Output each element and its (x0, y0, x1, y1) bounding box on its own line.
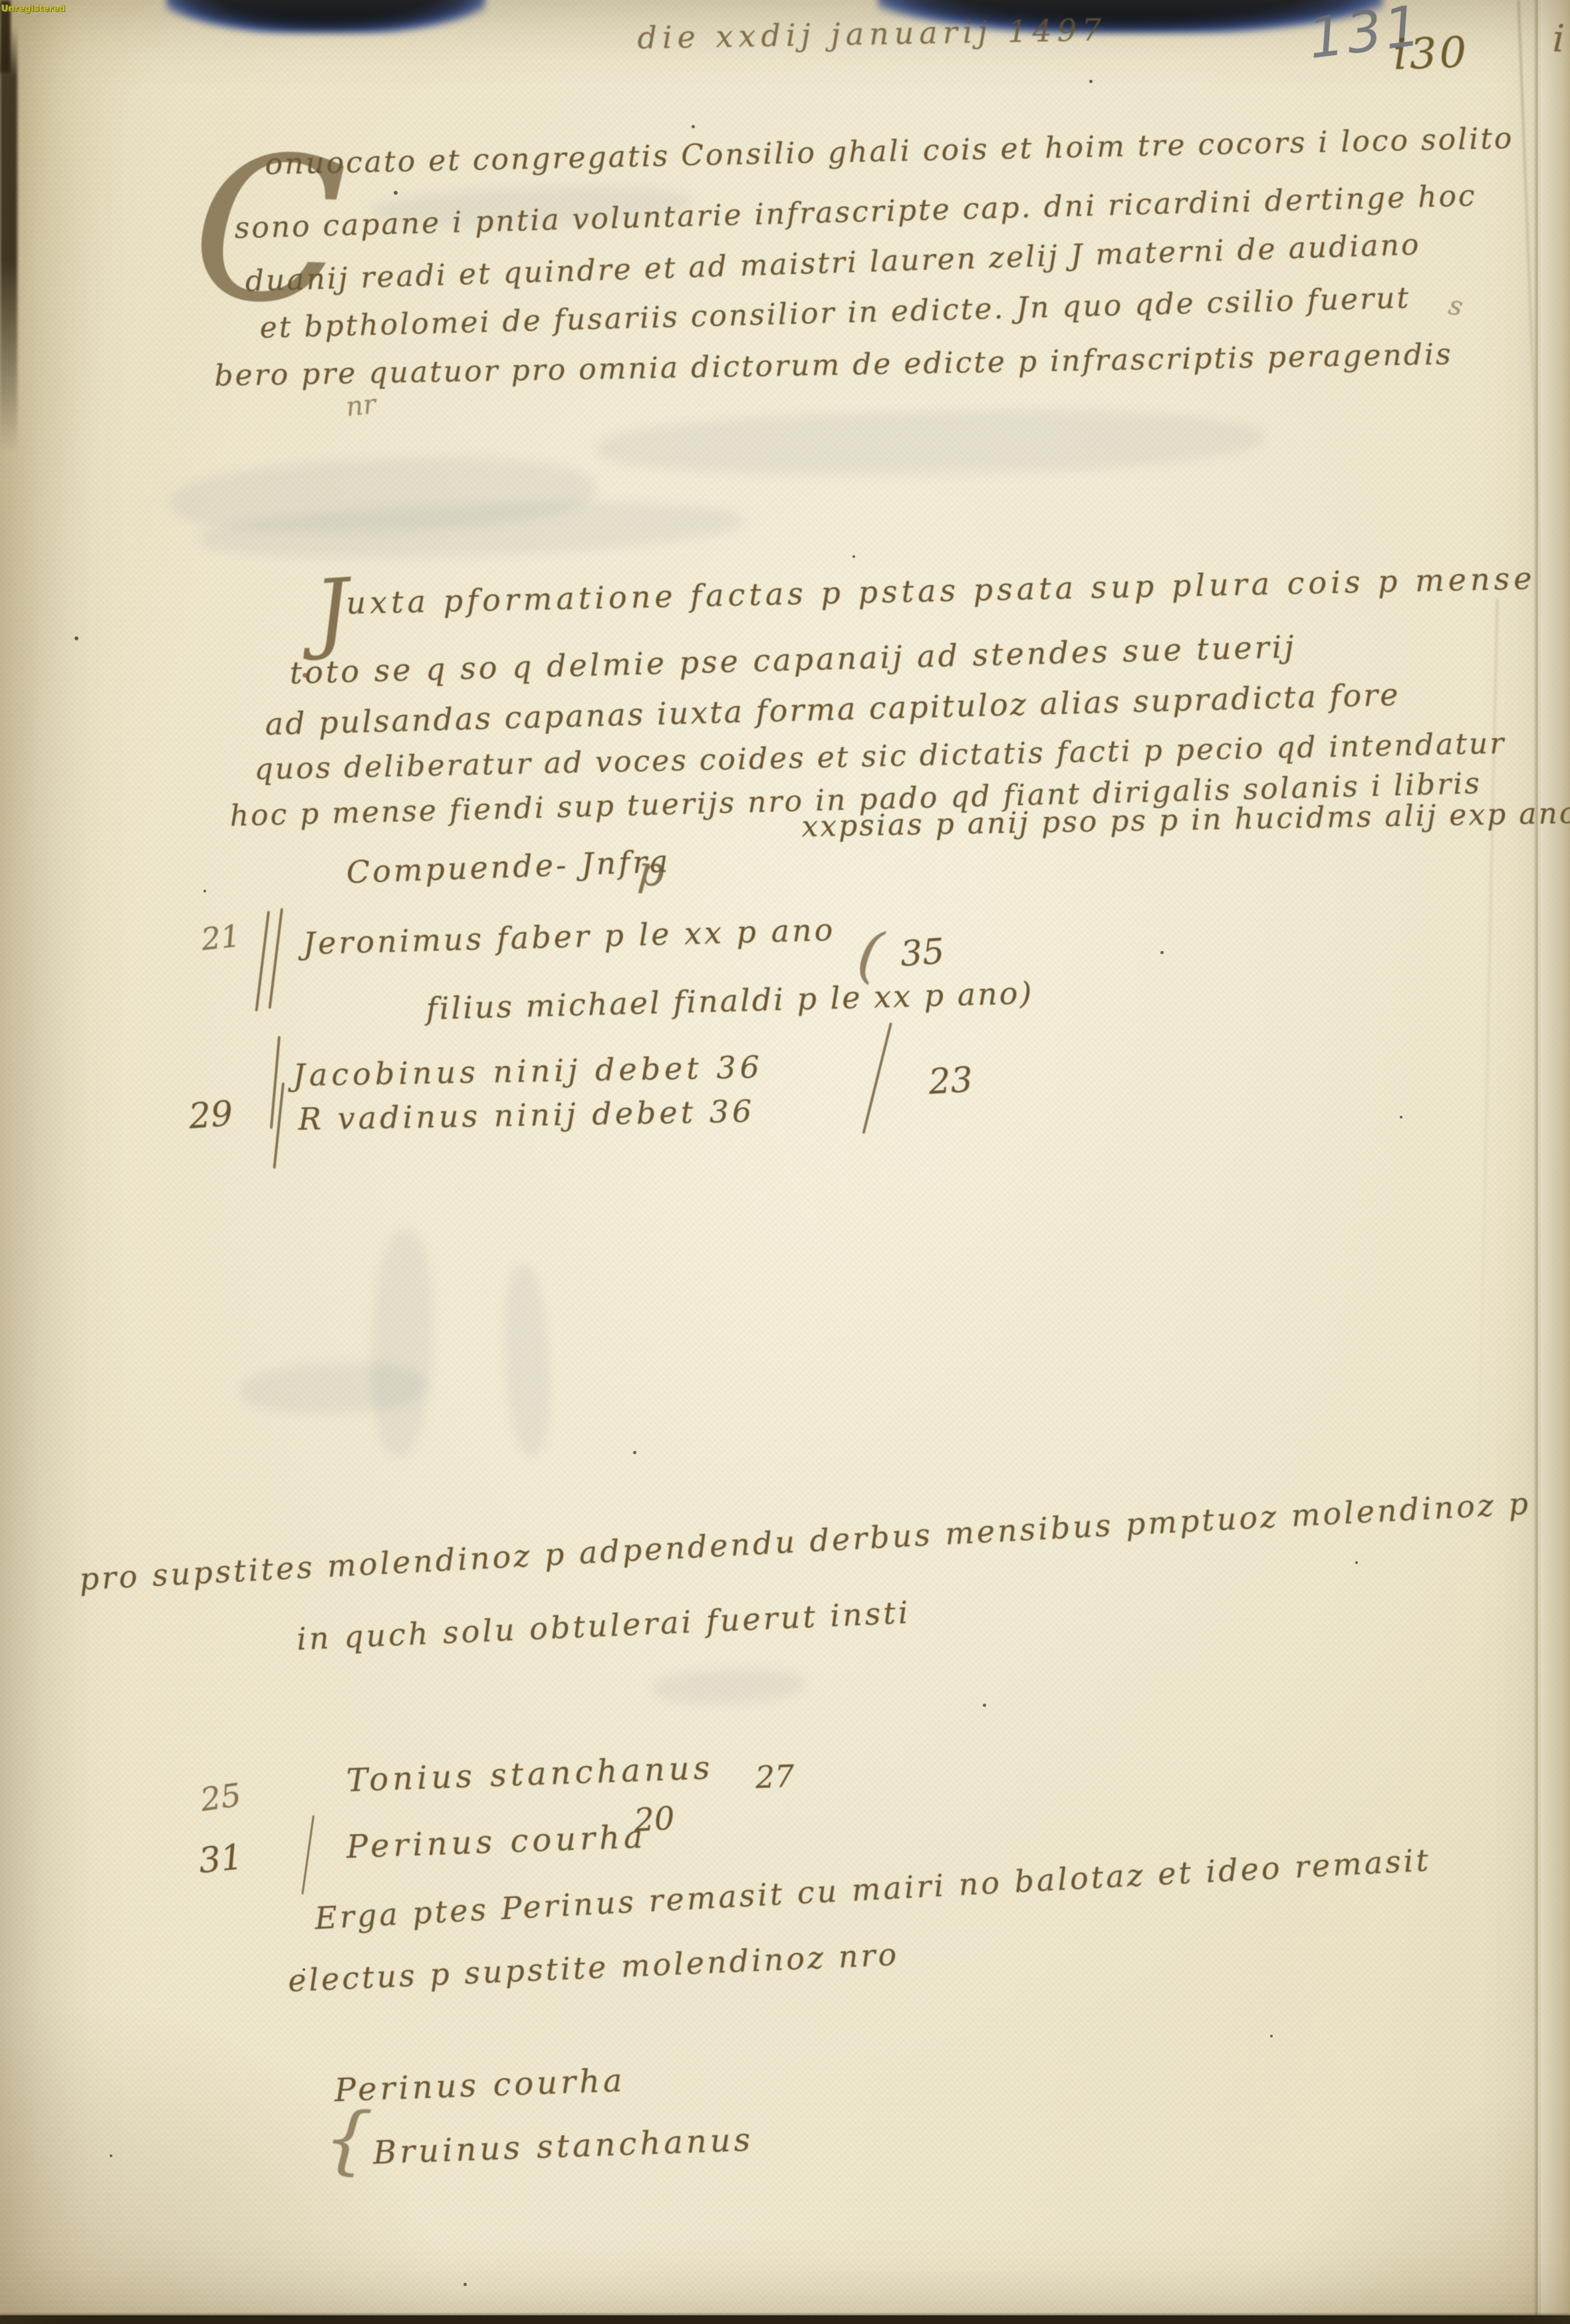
margin-number-29: 29 (188, 1094, 234, 1136)
ink-speck (74, 636, 78, 640)
ink-speck (203, 890, 206, 892)
paragraph3-line1: pro supstites molendinoz p adpendendu de… (78, 1485, 1531, 1597)
paragraph1-line1: onuocato et congregatis Consilio ghali c… (265, 122, 1514, 182)
list2-row1-amount: 27 (755, 1758, 795, 1795)
ink-speck (110, 2154, 112, 2157)
ink-speck (852, 555, 855, 558)
paragraph3-line2: in quch solu obtulerai fuerut insti (296, 1595, 911, 1657)
list2-row2-bar (301, 1815, 315, 1894)
paragraph2-line2: toto se q so q delmie pse capanaij ad st… (289, 628, 1297, 691)
list2-row2-amount: 20 (633, 1800, 676, 1839)
ink-speck (1089, 80, 1093, 83)
manuscript-scan: Unregistered die xxdij januarij 1497131i… (0, 0, 1570, 2324)
margin-number-31: 31 (197, 1837, 245, 1882)
paragraph1-trailing: nr (344, 389, 377, 422)
ink-speck (983, 1704, 986, 1707)
closing-name2: Bruinus stanchanus (372, 2121, 754, 2172)
scanner-watermark: Unregistered (1, 4, 65, 14)
folio-number-ink: i30 (1392, 28, 1470, 80)
margin-number-21: 21 (199, 918, 242, 958)
ink-showthrough-ghost (168, 452, 596, 539)
ink-speck (692, 125, 695, 128)
ink-speck (1400, 1116, 1402, 1118)
paragraph1-line5: bero pre quatuor pro omnia dictorum de e… (214, 337, 1453, 392)
ink-showthrough-ghost (199, 495, 745, 566)
list1-row1-bar1 (255, 911, 269, 1011)
closing-flourish: { (321, 2095, 374, 2184)
paragraph2-line6a: Compuende- Jnfra (346, 843, 671, 890)
adjacent-folio-mark: i (1552, 17, 1565, 61)
ink-showthrough-ghost (368, 1229, 436, 1458)
ink-speck (303, 673, 307, 678)
margin-squiggle: s (1446, 290, 1466, 323)
paragraph4-line2: electus p supstite molendinoz nro (287, 1936, 900, 1999)
margin-number-25: 25 (198, 1776, 243, 1819)
ink-showthrough-ghost (651, 1666, 805, 1706)
ink-speck (1160, 951, 1164, 954)
ink-speck (463, 2283, 467, 2286)
adjacent-folio-edge (1541, 0, 1570, 2324)
ink-speck (394, 191, 398, 195)
ink-showthrough-ghost (500, 1262, 554, 1457)
paragraph2-line6b: p (636, 846, 666, 896)
list1-row3-amount: 23 (928, 1061, 974, 1102)
heading-date: die xxdij januarij 1497 (637, 12, 1107, 56)
scan-top-shadow (166, 0, 485, 33)
page-edge-shadow (1533, 0, 1540, 2324)
list1-row1-bar2 (268, 908, 283, 1009)
ink-speck (633, 1451, 636, 1454)
scan-bottom-bar (0, 2315, 1570, 2324)
closing-name1: Perinus courha (334, 2062, 626, 2109)
ink-speck (1355, 1561, 1358, 1564)
ink-showthrough-ghost (239, 1360, 426, 1417)
ink-showthrough-ghost (598, 405, 1264, 480)
list2-row2-name: Perinus courha (346, 1818, 647, 1866)
list1-row4-name: R vadinus ninij debet 36 (298, 1093, 755, 1137)
binding-shadow-strip (0, 27, 17, 452)
list2-row1-name: Tonius stanchanus (346, 1749, 714, 1799)
list1-row2-name: filius michael finaldi p le xx p ano) (426, 975, 1034, 1027)
list1-row1-name: Jeronimus faber p le xx p ano (303, 912, 836, 962)
paragraph2-line1: uxta pformatione factas p pstas psata su… (346, 561, 1536, 621)
ink-speck (1270, 2035, 1273, 2037)
list1-amount-bar (862, 1023, 892, 1134)
list1-row1-amount: 35 (899, 932, 946, 974)
ink-speck (303, 1968, 305, 1971)
list1-row3-name: Jacobinus ninij debet 36 (293, 1049, 763, 1093)
